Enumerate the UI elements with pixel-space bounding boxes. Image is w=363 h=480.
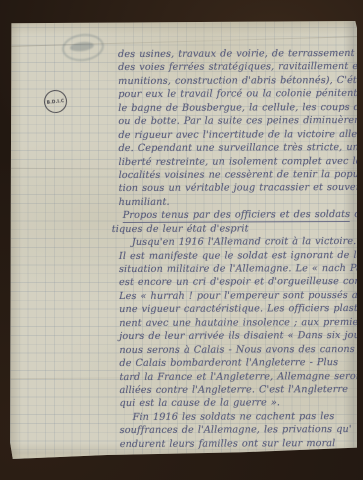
manuscript-line: Jusqu'en 1916 l'Allemand croit à la vict… [132, 235, 357, 249]
manuscript-line: est encore un cri d'espoir et d'orgueill… [119, 275, 357, 289]
manuscript-text: des usines, travaux de voirie, de terras… [118, 47, 357, 451]
manuscript-line: localités voisines ne cessèrent de tenir… [119, 168, 357, 182]
bdic-library-stamp-icon: B.D.I.C [43, 89, 68, 114]
manuscript-line: munitions, construction d'abris bétonnés… [118, 74, 357, 88]
manuscript-line: tion sous un véritable joug tracassier e… [119, 181, 357, 195]
manuscript-line: de rigueur avec l'incertitude de la vict… [118, 128, 357, 142]
manuscript-line: liberté restreinte, un isolement complet… [118, 154, 357, 168]
manuscript-line: Propos tenus par des officiers et des so… [123, 208, 357, 222]
manuscript-line: tard la France et l'Angleterre, Allemagn… [119, 369, 357, 383]
underlined-heading: Propos tenus par des officiers et des so… [123, 209, 351, 222]
manuscript-line: nent avec une hautaine insolence ; aux p… [119, 316, 357, 330]
manuscript-line: endurent leurs familles ont sur leur mor… [120, 437, 357, 451]
manuscript-line: Il est manifeste que le soldat est ignor… [119, 249, 357, 263]
manuscript-line: tiques de leur état d'esprit [112, 222, 357, 237]
bdic-stamp-label: B.D.I.C [47, 98, 65, 105]
manuscript-line: Fin 1916 les soldats ne cachent pas les [133, 410, 357, 424]
manuscript-line: situation militaire de l'Allemagne. Le «… [119, 262, 357, 276]
faint-oval-stamp-icon [61, 32, 106, 64]
manuscript-line: pour eux le travail forcé ou la colonie … [118, 87, 357, 101]
manuscript-line: jours de leur arrivée ils disaient « Dan… [119, 329, 357, 343]
manuscript-line: des voies ferrées stratégiques, ravitail… [118, 60, 357, 74]
manuscript-line: des usines, travaux de voirie, de terras… [118, 47, 357, 61]
manuscript-line: humiliant. [119, 195, 357, 209]
manuscript-line: souffrances de l'Allemagne, les privatio… [120, 423, 357, 437]
manuscript-line: qui est la cause de la guerre ». [120, 396, 357, 410]
manuscript-line: nous serons à Calais - Nous avons des ca… [119, 343, 357, 357]
manuscript-line: de. Cependant une surveillance très stri… [118, 141, 357, 155]
manuscript-line: le bagne de Bousbergue, la cellule, les … [118, 101, 357, 115]
manuscript-line: ou de botte. Par la suite ces peines dim… [118, 114, 357, 128]
manuscript-line: de Calais bombarderont l'Angleterre - Pl… [119, 356, 357, 370]
manuscript-page: B.D.I.C des usines, travaux de voirie, d… [10, 21, 357, 459]
manuscript-line: alliées contre l'Angleterre. C'est l'Ang… [119, 383, 357, 397]
manuscript-line: Les « hurrah ! pour l'empereur sont pous… [119, 289, 357, 303]
manuscript-line: une vigueur caractéristique. Les officie… [119, 302, 357, 316]
